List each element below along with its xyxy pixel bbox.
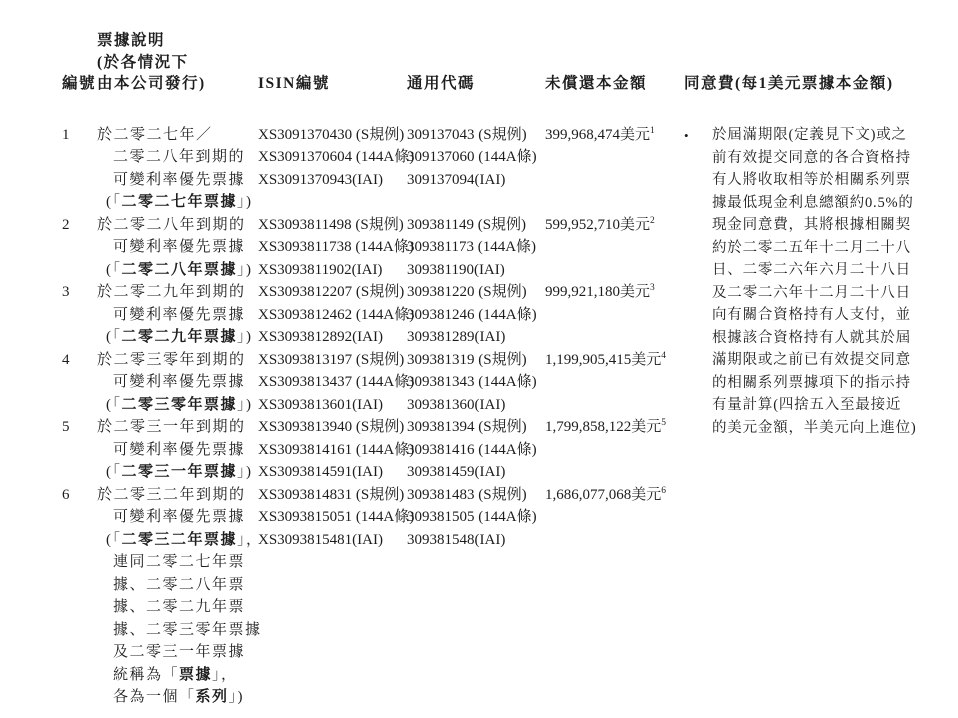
isin-code: XS3093812207 (S規例) bbox=[258, 281, 407, 304]
isin-cell: XS3093813940 (S規例)XS3093814161 (144A條)XS… bbox=[258, 416, 407, 484]
note-description-line: 據、二零三零年票據 bbox=[113, 619, 258, 642]
footnote-ref: 1 bbox=[650, 126, 655, 136]
note-description-text: 可變利率優先票據 bbox=[113, 509, 245, 525]
note-description-text: 於二零二七年／ bbox=[97, 127, 213, 143]
header-isin-label: ISIN編號 bbox=[258, 73, 407, 95]
note-description-line: (「二零三二年票據」， bbox=[106, 529, 258, 552]
note-description-line: (「二零二七年票據」) bbox=[106, 191, 258, 214]
footnote-ref: 4 bbox=[661, 351, 666, 361]
header-description-line1: 票據說明 bbox=[97, 30, 258, 52]
table-header: 編號 票據說明 (於各情況下 由本公司發行) ISIN編號 通用代碼 未償還本金… bbox=[62, 30, 939, 95]
isin-code: XS3091370604 (144A條) bbox=[258, 146, 407, 169]
fee-lines: 於屆滿期限(定義見下文)或之前有效提交同意的各合資格持有人將收取相等於相關系列票… bbox=[712, 124, 917, 439]
note-defined-term: 二零二七年票據 bbox=[122, 194, 238, 210]
note-description-text: 可變利率優先票據 bbox=[113, 239, 245, 255]
common-code: 309381505 (144A條) bbox=[407, 506, 545, 529]
note-description-text: 據、二零二八年票 bbox=[113, 577, 245, 593]
note-description-text: 據、二零二九年票 bbox=[113, 599, 245, 615]
note-description-line: 可變利率優先票據 bbox=[113, 506, 258, 529]
note-description-line: 可變利率優先票據 bbox=[113, 236, 258, 259]
common-code-cell: 309381220 (S規例)309381246 (144A條)30938128… bbox=[407, 281, 545, 349]
note-description-line: 於二零二七年／ bbox=[97, 124, 258, 147]
note-description-cell: 於二零三二年到期的可變利率優先票據(「二零三二年票據」，連同二零二七年票據、二零… bbox=[97, 484, 258, 709]
amount-cell: 1,686,077,068美元6 bbox=[545, 484, 684, 507]
outstanding-amount: 1,799,858,122美元5 bbox=[545, 416, 684, 439]
bullet-icon: • bbox=[684, 124, 712, 148]
note-description-line: 於二零二九年到期的 bbox=[97, 281, 258, 304]
isin-code: XS3093813940 (S規例) bbox=[258, 416, 407, 439]
row-number: 3 bbox=[62, 281, 97, 304]
amount-value: 1,799,858,122美元 bbox=[545, 419, 661, 435]
common-code-cell: 309381319 (S規例)309381343 (144A條)30938136… bbox=[407, 349, 545, 417]
row-number-cell: 4 bbox=[62, 349, 97, 372]
consent-fee-line: 及二零二六年十二月二十八日 bbox=[712, 282, 917, 305]
note-description-text: 可變利率優先票據 bbox=[113, 442, 245, 458]
note-description-text: 」) bbox=[237, 329, 253, 345]
note-description-text: 於二零三二年到期的 bbox=[97, 487, 246, 503]
note-defined-term: 二零三零年票據 bbox=[122, 397, 238, 413]
note-description-text: 於二零二九年到期的 bbox=[97, 284, 246, 300]
document-page: 編號 票據說明 (於各情況下 由本公司發行) ISIN編號 通用代碼 未償還本金… bbox=[0, 0, 958, 718]
row-number: 2 bbox=[62, 214, 97, 237]
common-code: 309381360(IAI) bbox=[407, 394, 545, 417]
common-code: 309381289(IAI) bbox=[407, 326, 545, 349]
note-description-line: 可變利率優先票據 bbox=[113, 371, 258, 394]
note-description-text: 」) bbox=[237, 464, 253, 480]
common-code-cell: 309381394 (S規例)309381416 (144A條)30938145… bbox=[407, 416, 545, 484]
note-description-text: 各為一個「 bbox=[113, 689, 196, 705]
common-code: 309381319 (S規例) bbox=[407, 349, 545, 372]
isin-code: XS3093813437 (144A條) bbox=[258, 371, 407, 394]
common-code: 309137094(IAI) bbox=[407, 169, 545, 192]
outstanding-amount: 599,952,710美元2 bbox=[545, 214, 684, 237]
amount-value: 399,968,474美元 bbox=[545, 127, 650, 143]
note-description-text: 」) bbox=[237, 262, 253, 278]
header-description-line2: (於各情況下 bbox=[97, 52, 258, 74]
header-description-line3: 由本公司發行) bbox=[97, 73, 258, 95]
common-code: 309381548(IAI) bbox=[407, 529, 545, 552]
header-amount-cell: 未償還本金額 bbox=[545, 73, 684, 95]
consent-fee-note: • 於屆滿期限(定義見下文)或之前有效提交同意的各合資格持有人將收取相等於相關系… bbox=[684, 124, 944, 439]
row-number: 6 bbox=[62, 484, 97, 507]
note-description-text: 可變利率優先票據 bbox=[113, 307, 245, 323]
note-description-text: 」) bbox=[229, 689, 245, 705]
common-code-cell: 309381483 (S規例)309381505 (144A條)30938154… bbox=[407, 484, 545, 552]
note-description-cell: 於二零三一年到期的可變利率優先票據(「二零三一年票據」) bbox=[97, 416, 258, 484]
note-description-text: 可變利率優先票據 bbox=[113, 172, 245, 188]
note-description-line: (「二零二八年票據」) bbox=[106, 259, 258, 282]
header-common-code-cell: 通用代碼 bbox=[407, 73, 545, 95]
note-description-text: (「 bbox=[106, 262, 122, 278]
isin-code: XS3093811738 (144A條) bbox=[258, 236, 407, 259]
note-description-text: (「 bbox=[106, 464, 122, 480]
note-defined-term: 二零二八年票據 bbox=[122, 262, 238, 278]
header-number-cell: 編號 bbox=[62, 73, 97, 95]
note-description-line: 於二零二八年到期的 bbox=[97, 214, 258, 237]
isin-code: XS3093814591(IAI) bbox=[258, 461, 407, 484]
row-number-cell: 3 bbox=[62, 281, 97, 304]
header-fee-label: 同意費(每1美元票據本金額) bbox=[684, 73, 939, 95]
consent-fee-line: 據最低現金利息總額約0.5%的 bbox=[712, 192, 917, 215]
amount-cell: 999,921,180美元3 bbox=[545, 281, 684, 304]
isin-code: XS3093812462 (144A條) bbox=[258, 304, 407, 327]
consent-fee-line: 的相關系列票據項下的指示持 bbox=[712, 372, 917, 395]
isin-code: XS3093812892(IAI) bbox=[258, 326, 407, 349]
note-description-text: 於二零三零年到期的 bbox=[97, 352, 246, 368]
header-amount-label: 未償還本金額 bbox=[545, 73, 684, 95]
note-description-text: 」， bbox=[212, 667, 238, 683]
header-common-code-label: 通用代碼 bbox=[407, 73, 545, 95]
consent-fee-line: 根據該合資格持有人就其於屆 bbox=[712, 327, 917, 350]
note-description-text: 及二零三一年票據 bbox=[113, 644, 245, 660]
footnote-ref: 5 bbox=[661, 418, 666, 428]
note-description-text: 於二零二八年到期的 bbox=[97, 217, 246, 233]
isin-code: XS3093814831 (S規例) bbox=[258, 484, 407, 507]
common-code: 309137060 (144A條) bbox=[407, 146, 545, 169]
consent-fee-line: 滿期限或之前已有效提交同意 bbox=[712, 349, 917, 372]
isin-cell: XS3093812207 (S規例)XS3093812462 (144A條)XS… bbox=[258, 281, 407, 349]
outstanding-amount: 399,968,474美元1 bbox=[545, 124, 684, 147]
note-description-text: (「 bbox=[106, 532, 122, 548]
consent-fee-line: 有量計算(四捨五入至最接近 bbox=[712, 394, 917, 417]
consent-fee-line: 約於二零二五年十二月二十八 bbox=[712, 237, 917, 260]
consent-fee-line: 於屆滿期限(定義見下文)或之 bbox=[712, 124, 917, 147]
note-description-text: 可變利率優先票據 bbox=[113, 374, 245, 390]
common-code: 309381343 (144A條) bbox=[407, 371, 545, 394]
note-description-line: 據、二零二八年票 bbox=[113, 574, 258, 597]
note-description-text: (「 bbox=[106, 194, 122, 210]
common-code: 309381149 (S規例) bbox=[407, 214, 545, 237]
isin-code: XS3093811902(IAI) bbox=[258, 259, 407, 282]
row-number: 5 bbox=[62, 416, 97, 439]
note-description-line: 可變利率優先票據 bbox=[113, 304, 258, 327]
note-description-line: 二零二八年到期的 bbox=[113, 146, 258, 169]
common-code-cell: 309381149 (S規例)309381173 (144A條)30938119… bbox=[407, 214, 545, 282]
header-number-label: 編號 bbox=[62, 73, 97, 95]
consent-fee-line: 有人將收取相等於相關系列票 bbox=[712, 169, 917, 192]
outstanding-amount: 1,686,077,068美元6 bbox=[545, 484, 684, 507]
isin-code: XS3093815481(IAI) bbox=[258, 529, 407, 552]
common-code: 309381416 (144A條) bbox=[407, 439, 545, 462]
note-defined-term: 二零三二年票據 bbox=[122, 532, 238, 548]
consent-fee-line: 日、二零二六年六月二十八日 bbox=[712, 259, 917, 282]
header-isin-cell: ISIN編號 bbox=[258, 73, 407, 95]
note-defined-term: 二零三一年票據 bbox=[122, 464, 238, 480]
note-description-line: 統稱為「票據」， bbox=[113, 664, 258, 687]
row-number-cell: 5 bbox=[62, 416, 97, 439]
isin-cell: XS3093813197 (S規例)XS3093813437 (144A條)XS… bbox=[258, 349, 407, 417]
note-description-text: 統稱為「 bbox=[113, 667, 179, 683]
amount-cell: 399,968,474美元1 bbox=[545, 124, 684, 147]
note-description-line: 據、二零二九年票 bbox=[113, 596, 258, 619]
isin-code: XS3091370430 (S規例) bbox=[258, 124, 407, 147]
note-description-text: (「 bbox=[106, 397, 122, 413]
outstanding-amount: 1,199,905,415美元4 bbox=[545, 349, 684, 372]
note-defined-term: 二零二九年票據 bbox=[122, 329, 238, 345]
note-defined-term: 票據 bbox=[179, 667, 212, 683]
common-code: 309381246 (144A條) bbox=[407, 304, 545, 327]
note-description-cell: 於二零二九年到期的可變利率優先票據(「二零二九年票據」) bbox=[97, 281, 258, 349]
row-number: 1 bbox=[62, 124, 97, 147]
row-number-cell: 2 bbox=[62, 214, 97, 237]
common-code: 309137043 (S規例) bbox=[407, 124, 545, 147]
isin-cell: XS3093811498 (S規例)XS3093811738 (144A條)XS… bbox=[258, 214, 407, 282]
common-code: 309381483 (S規例) bbox=[407, 484, 545, 507]
note-description-line: (「二零二九年票據」) bbox=[106, 326, 258, 349]
common-code: 309381459(IAI) bbox=[407, 461, 545, 484]
footnote-ref: 2 bbox=[650, 216, 655, 226]
table-row: 6於二零三二年到期的可變利率優先票據(「二零三二年票據」，連同二零二七年票據、二… bbox=[62, 484, 939, 709]
note-description-line: 於二零三零年到期的 bbox=[97, 349, 258, 372]
isin-code: XS3093814161 (144A條) bbox=[258, 439, 407, 462]
note-description-cell: 於二零二八年到期的可變利率優先票據(「二零二八年票據」) bbox=[97, 214, 258, 282]
footnote-ref: 6 bbox=[661, 486, 666, 496]
common-code: 309381220 (S規例) bbox=[407, 281, 545, 304]
isin-code: XS3091370943(IAI) bbox=[258, 169, 407, 192]
outstanding-amount: 999,921,180美元3 bbox=[545, 281, 684, 304]
note-description-line: (「二零三一年票據」) bbox=[106, 461, 258, 484]
amount-cell: 1,199,905,415美元4 bbox=[545, 349, 684, 372]
note-description-text: 據、二零三零年票據 bbox=[113, 622, 262, 638]
isin-code: XS3093813601(IAI) bbox=[258, 394, 407, 417]
row-number-cell: 1 bbox=[62, 124, 97, 147]
isin-code: XS3093811498 (S規例) bbox=[258, 214, 407, 237]
amount-cell: 599,952,710美元2 bbox=[545, 214, 684, 237]
common-code-cell: 309137043 (S規例)309137060 (144A條)30913709… bbox=[407, 124, 545, 192]
amount-value: 1,686,077,068美元 bbox=[545, 487, 661, 503]
note-description-line: (「二零三零年票據」) bbox=[106, 394, 258, 417]
note-description-line: 於二零三一年到期的 bbox=[97, 416, 258, 439]
row-number: 4 bbox=[62, 349, 97, 372]
note-description-line: 連同二零二七年票 bbox=[113, 551, 258, 574]
note-description-text: 連同二零二七年票 bbox=[113, 554, 245, 570]
isin-code: XS3093813197 (S規例) bbox=[258, 349, 407, 372]
note-description-line: 可變利率優先票據 bbox=[113, 169, 258, 192]
footnote-ref: 3 bbox=[650, 283, 655, 293]
consent-fee-line: 現金同意費，其將根據相關契 bbox=[712, 214, 917, 237]
common-code: 309381173 (144A條) bbox=[407, 236, 545, 259]
common-code: 309381394 (S規例) bbox=[407, 416, 545, 439]
note-description-line: 於二零三二年到期的 bbox=[97, 484, 258, 507]
isin-cell: XS3093814831 (S規例)XS3093815051 (144A條)XS… bbox=[258, 484, 407, 552]
consent-fee-line: 前有效提交同意的各合資格持 bbox=[712, 147, 917, 170]
note-description-line: 及二零三一年票據 bbox=[113, 641, 258, 664]
common-code: 309381190(IAI) bbox=[407, 259, 545, 282]
amount-value: 1,199,905,415美元 bbox=[545, 352, 661, 368]
consent-fee-line: 的美元金額，半美元向上進位) bbox=[712, 417, 917, 440]
note-description-line: 各為一個「系列」) bbox=[113, 686, 258, 709]
consent-fee-line: 向有關合資格持有人支付，並 bbox=[712, 304, 917, 327]
note-description-cell: 於二零三零年到期的可變利率優先票據(「二零三零年票據」) bbox=[97, 349, 258, 417]
amount-value: 999,921,180美元 bbox=[545, 284, 650, 300]
isin-code: XS3093815051 (144A條) bbox=[258, 506, 407, 529]
isin-cell: XS3091370430 (S規例)XS3091370604 (144A條)XS… bbox=[258, 124, 407, 192]
note-description-text: 於二零三一年到期的 bbox=[97, 419, 246, 435]
note-description-text: 二零二八年到期的 bbox=[113, 149, 245, 165]
note-description-text: 」) bbox=[237, 194, 253, 210]
row-number-cell: 6 bbox=[62, 484, 97, 507]
note-description-cell: 於二零二七年／二零二八年到期的可變利率優先票據(「二零二七年票據」) bbox=[97, 124, 258, 214]
amount-value: 599,952,710美元 bbox=[545, 217, 650, 233]
amount-cell: 1,799,858,122美元5 bbox=[545, 416, 684, 439]
header-description-cell: 票據說明 (於各情況下 由本公司發行) bbox=[97, 30, 258, 95]
note-description-text: (「 bbox=[106, 329, 122, 345]
note-description-line: 可變利率優先票據 bbox=[113, 439, 258, 462]
note-defined-term: 系列 bbox=[196, 689, 229, 705]
note-description-text: 」) bbox=[237, 397, 253, 413]
header-fee-cell: 同意費(每1美元票據本金額) bbox=[684, 73, 939, 95]
